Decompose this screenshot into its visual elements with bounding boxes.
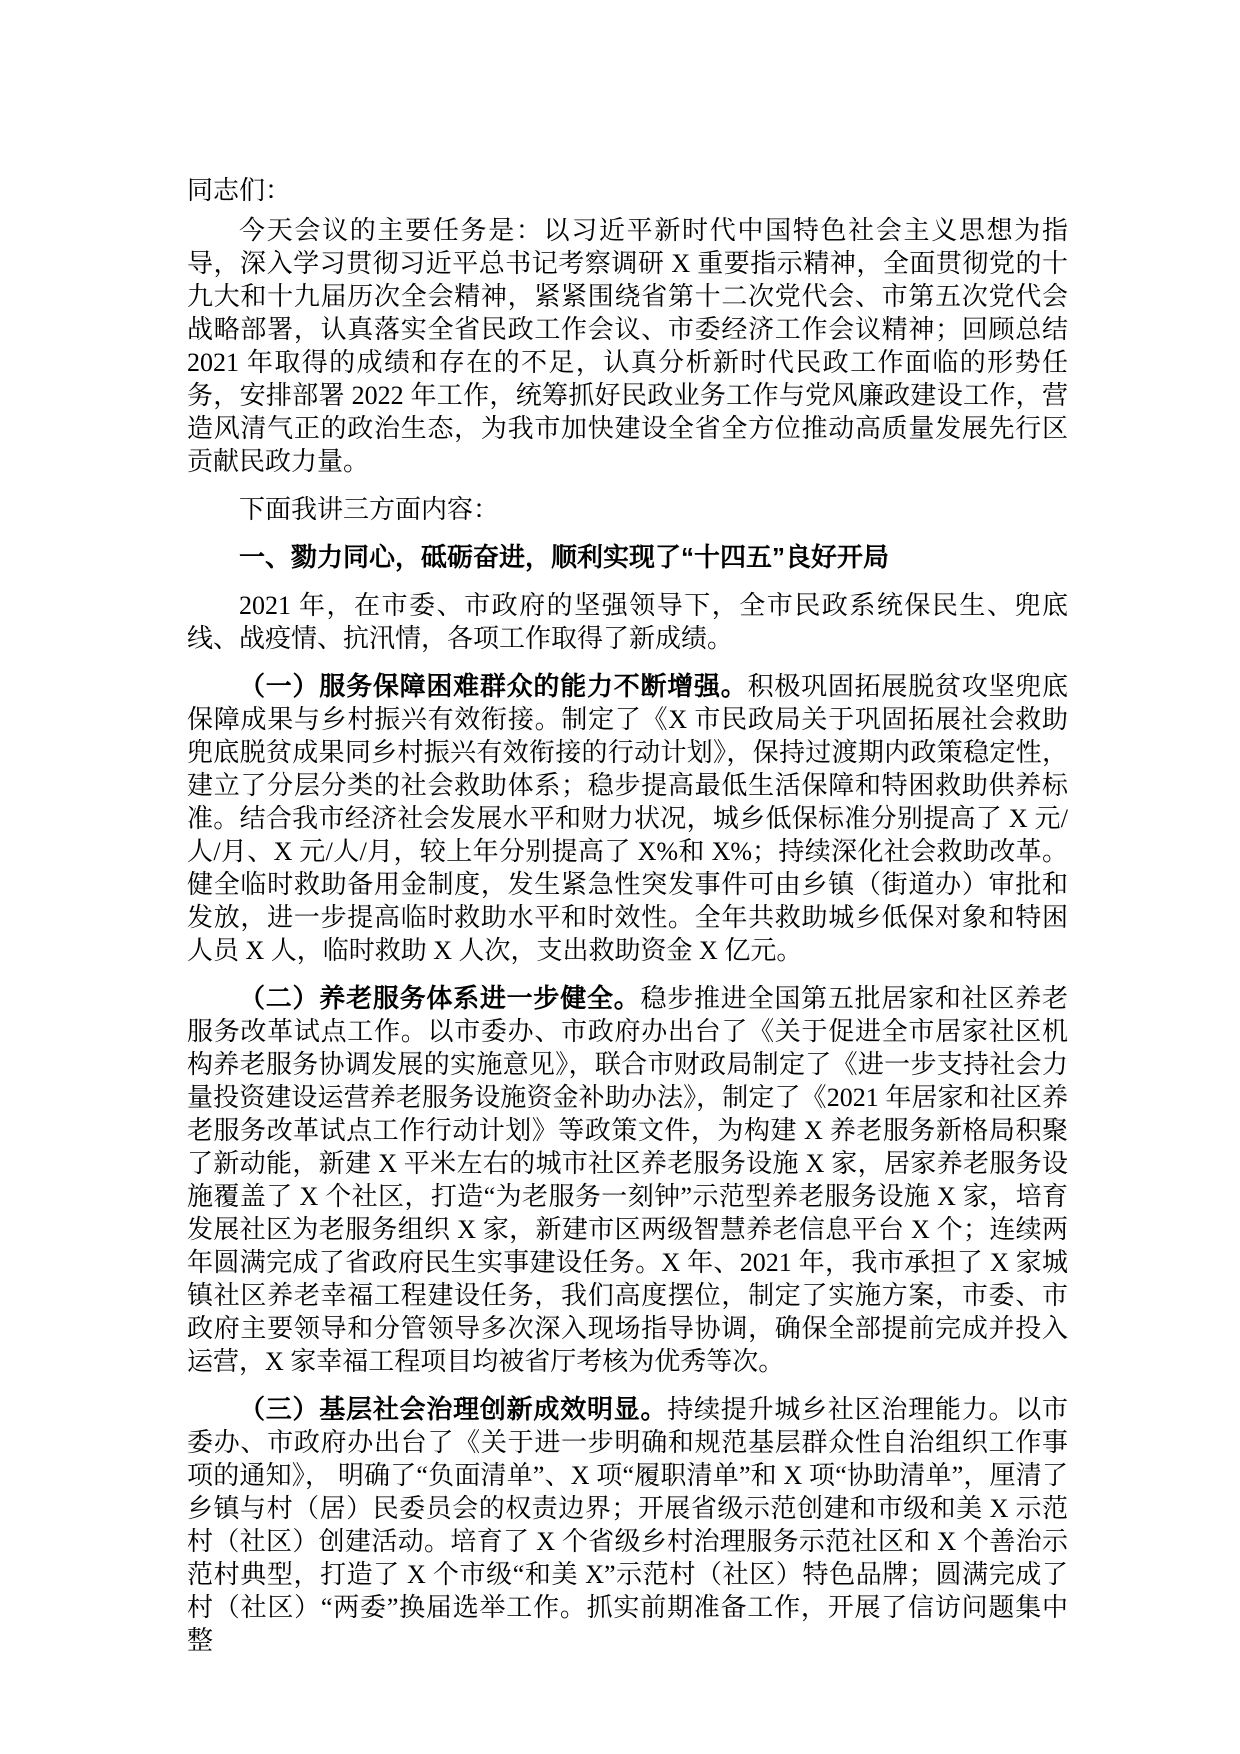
document-page: 同志们： 今天会议的主要任务是：以习近平新时代中国特色社会主义思想为指导，深入学… [0, 0, 1240, 1754]
paragraph-item-3-text: 持续提升城乡社区治理能力。以市委办、市政府办出台了《关于进一步明确和规范基层群众… [187, 1395, 1068, 1655]
document-body: 同志们： 今天会议的主要任务是：以习近平新时代中国特色社会主义思想为指导，深入学… [187, 174, 1068, 1672]
section-1-heading: 一、勠力同心，砥砺奋进，顺利实现了“十四五”良好开局 [187, 541, 1068, 574]
paragraph-section-1-overview: 2021 年，在市委、市政府的坚强领导下，全市民政系统保民生、兜底线、战疫情、抗… [187, 589, 1068, 655]
salutation: 同志们： [187, 174, 1068, 207]
subheading-item-2: （二）养老服务体系进一步健全。 [239, 983, 641, 1013]
paragraph-item-2-text: 稳步推进全国第五批居家和社区养老服务改革试点工作。以市委办、市政府办出台了《关于… [187, 984, 1068, 1376]
paragraph-item-1: （一）服务保障困难群众的能力不断增强。积极巩固拓展脱贫攻坚兜底保障成果与乡村振兴… [187, 670, 1068, 967]
subheading-item-1: （一）服务保障困难群众的能力不断增强。 [239, 671, 748, 701]
paragraph-lead-in: 下面我讲三方面内容： [187, 493, 1068, 526]
paragraph-item-3: （三）基层社会治理创新成效明显。持续提升城乡社区治理能力。以市委办、市政府办出台… [187, 1393, 1068, 1657]
paragraph-item-2: （二）养老服务体系进一步健全。稳步推进全国第五批居家和社区养老服务改革试点工作。… [187, 982, 1068, 1378]
paragraph-item-1-text: 积极巩固拓展脱贫攻坚兜底保障成果与乡村振兴有效衔接。制定了《X 市民政局关于巩固… [187, 672, 1068, 965]
paragraph-intro: 今天会议的主要任务是：以习近平新时代中国特色社会主义思想为指导，深入学习贯彻习近… [187, 214, 1068, 478]
subheading-item-3: （三）基层社会治理创新成效明显。 [239, 1394, 667, 1424]
